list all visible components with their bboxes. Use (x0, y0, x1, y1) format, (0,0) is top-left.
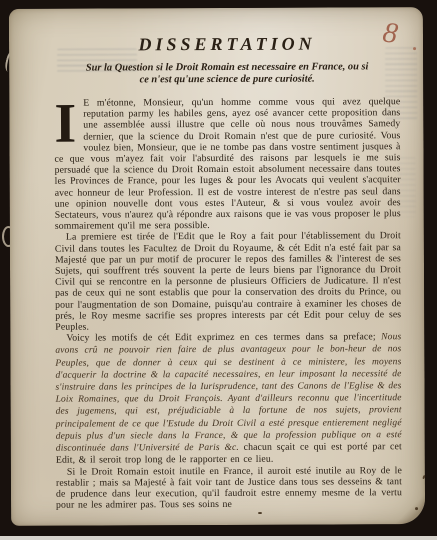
paper-sheet: 8 DISSERTATION Sur la Question si le Dro… (9, 7, 425, 526)
paragraph-3: Voicy les motifs de cét Edit exprimez en… (55, 331, 402, 466)
page-subtitle: Sur la Question si le Droit Romain est n… (54, 61, 400, 87)
subtitle-line-1: Sur la Question si le Droit Romain est n… (54, 61, 400, 75)
paragraph-4: Si le Droit Romain estoit inutile en Fra… (56, 465, 402, 511)
ink-speck (415, 507, 418, 510)
page-title: DISSERTATION (54, 33, 400, 56)
scanner-edge (0, 536, 437, 540)
paragraph-1: IE m'étonne, Monsieur, qu'un homme comme… (54, 96, 401, 232)
scanned-page: 8 DISSERTATION Sur la Question si le Dro… (0, 0, 437, 540)
body-text: IE m'étonne, Monsieur, qu'un homme comme… (54, 96, 402, 511)
text-column: DISSERTATION Sur la Question si le Droit… (54, 33, 402, 511)
drop-cap-initial: I (54, 98, 83, 147)
ink-speck (422, 475, 425, 479)
ink-speck (258, 512, 262, 514)
subtitle-line-2: ce n'est qu'une science de pure curiosit… (54, 73, 400, 87)
paragraph-1-text: E m'étonne, Monsieur, qu'un homme comme … (55, 96, 401, 232)
paragraph-2: La premiere est tirée de l'Edit que le R… (55, 231, 401, 333)
edict-preface-quote: Nous avons crû ne pouvoir rien faire de … (55, 332, 401, 453)
handwritten-ink-dot (413, 47, 416, 50)
paragraph-3-lead: Voicy les motifs de cét Edit exprimez en… (66, 332, 381, 344)
